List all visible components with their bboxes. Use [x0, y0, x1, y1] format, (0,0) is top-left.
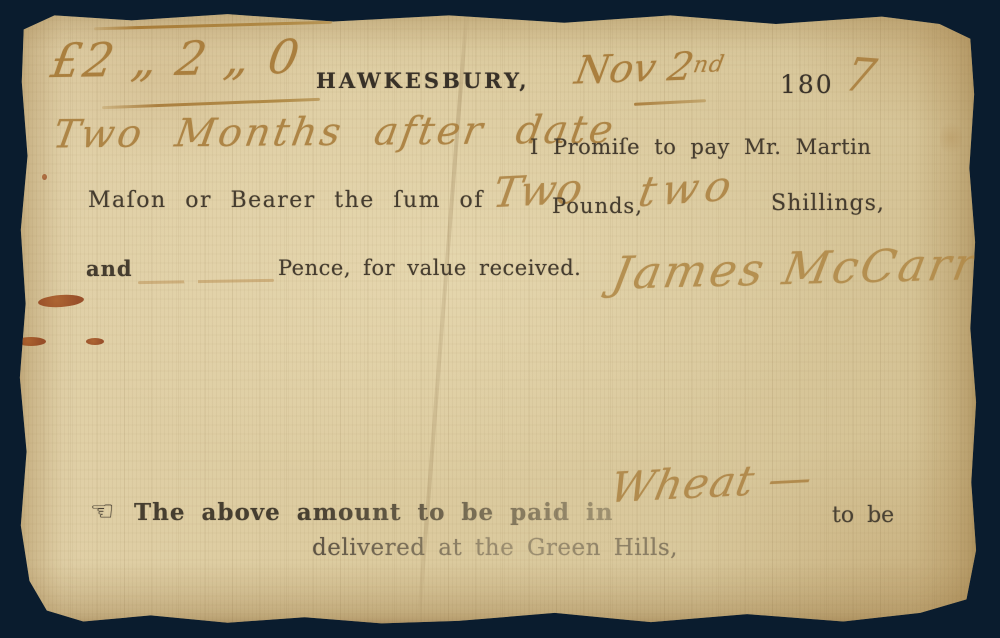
- signature: James McCarr: [608, 237, 983, 299]
- printed-payee: Maſon or Bearer the ſum of: [88, 188, 484, 213]
- printed-pence-clause: Pence, for value received.: [278, 256, 581, 280]
- written-year-digit: 7: [841, 47, 881, 103]
- ink-blot: [86, 338, 104, 345]
- written-date-day: Nov 2: [572, 45, 698, 94]
- printed-year: 180: [780, 70, 834, 99]
- written-pence-dash: [138, 279, 274, 284]
- promissory-note-paper: £2 „ 2 „ 0 HAWKESBURY, Nov 2nd 180 7 Two…: [16, 8, 978, 624]
- printed-to-be: to be: [832, 503, 894, 528]
- ink-blot: [38, 293, 85, 308]
- written-shillings-amount: two: [635, 161, 741, 217]
- date-underline-stroke: [634, 99, 706, 106]
- amount-underline-stroke: [102, 98, 320, 109]
- ink-blot: [16, 337, 46, 346]
- ink-speck: [42, 174, 47, 180]
- printed-delivery-clause: delivered at the Green Hills,: [312, 535, 678, 561]
- fold-crease: [417, 8, 469, 622]
- written-date-suffix: nd: [691, 51, 727, 78]
- amount-memo: £2 „ 2 „ 0: [47, 30, 305, 89]
- printed-footer-clause: The above amount to be paid in: [134, 499, 613, 526]
- photo-background: £2 „ 2 „ 0 HAWKESBURY, Nov 2nd 180 7 Two…: [0, 0, 1000, 638]
- place-name: HAWKESBURY,: [316, 68, 530, 93]
- printed-pounds-label: Pounds,: [552, 194, 643, 218]
- printed-shillings-label: Shillings,: [771, 191, 885, 216]
- written-commodity: Wheat —: [606, 453, 817, 512]
- bleedthrough-mark: [940, 118, 962, 158]
- printed-promise: I Promiſe to pay Mr. Martin: [530, 135, 871, 159]
- manicule-icon: ☜: [90, 496, 114, 527]
- printed-and-label: and: [86, 256, 133, 281]
- written-date: Nov 2nd: [572, 43, 729, 93]
- amount-overline-stroke: [94, 21, 332, 31]
